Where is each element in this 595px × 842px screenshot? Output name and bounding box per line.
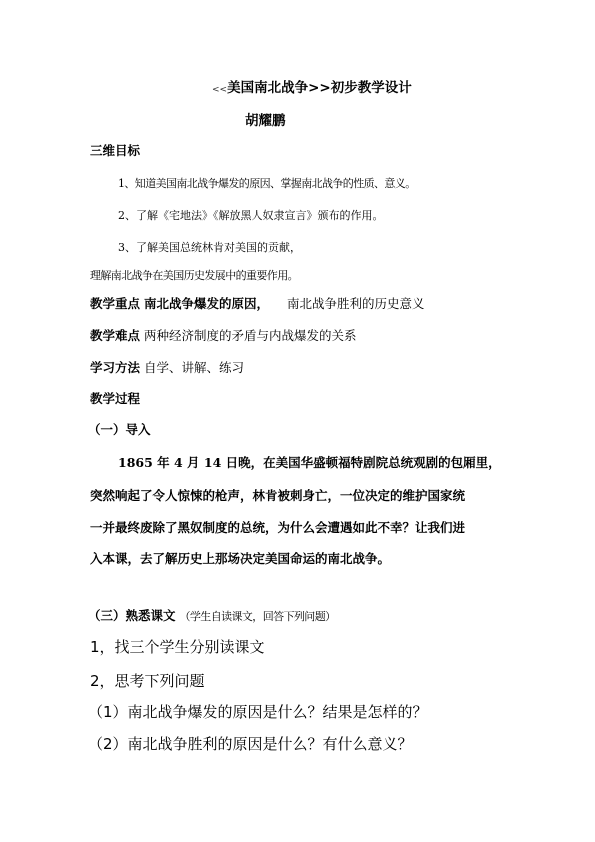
key-points-label: 教学重点 xyxy=(90,296,140,311)
key-points-value: 南北战争胜利的历史意义 xyxy=(287,296,425,311)
question-2: （2）南北战争胜利的原因是什么？有什么意义？ xyxy=(88,737,413,752)
section3-note: （学生自读课文，回答下列问题） xyxy=(180,610,336,623)
difficulties-value: 两种经济制度的矛盾与内战爆发的关系 xyxy=(144,328,357,343)
author-name: 胡耀鹏 xyxy=(245,115,286,129)
methods-row: 学习方法 自学、讲解、练习 xyxy=(90,362,244,375)
objectives-heading: 三维目标 xyxy=(90,145,140,158)
objective-item-1: 1、知道美国南北战争爆发的原因、掌握南北战争的性质、意义。 xyxy=(118,178,416,189)
intro-line-4: 入本课，去了解历史上那场决定美国命运的南北战争。 xyxy=(90,553,390,566)
question-1: （1）南北战争爆发的原因是什么？结果是怎样的？ xyxy=(88,705,428,720)
title-main: 美国南北战争>>初步教学设计 xyxy=(227,80,412,96)
section3-row: （三）熟悉课文 （学生自读课文，回答下列问题） xyxy=(88,610,336,623)
title-prefix: << xyxy=(212,85,227,95)
intro-line-1: 1865 年 4 月 14 日晚，在美国华盛顿福特剧院总统观剧的包厢里， xyxy=(118,457,501,470)
intro-line-2: 突然响起了令人惊悚的枪声，林肯被刺身亡，一位决定的维护国家统 xyxy=(90,490,465,503)
key-points-row: 教学重点 南北战争爆发的原因， 南北战争胜利的历史意义 xyxy=(90,298,425,311)
section3-heading: （三）熟悉课文 xyxy=(88,608,176,623)
step-2: 2，思考下列问题 xyxy=(90,674,205,689)
objective-item-2: 2、了解《宅地法》《解放黑人奴隶宣言》颁布的作用。 xyxy=(118,210,384,221)
intro-line-3: 一并最终废除了黑奴制度的总统，为什么会遭遇如此不幸？让我们进 xyxy=(90,522,465,535)
difficulties-row: 教学难点 两种经济制度的矛盾与内战爆发的关系 xyxy=(90,330,357,343)
document-title: <<美国南北战争>>初步教学设计 xyxy=(212,82,412,96)
methods-label: 学习方法 xyxy=(90,360,140,375)
process-heading: 教学过程 xyxy=(90,393,140,406)
methods-value: 自学、讲解、练习 xyxy=(144,360,244,375)
objective-item-3: 3、了解美国总统林肯对美国的贡献， xyxy=(118,242,301,253)
step-1: 1，找三个学生分别读课文 xyxy=(90,640,265,655)
objective-continuation: 理解南北战争在美国历史发展中的重要作用。 xyxy=(90,270,298,281)
key-points-bold-value: 南北战争爆发的原因， xyxy=(144,296,269,311)
difficulties-label: 教学难点 xyxy=(90,328,140,343)
intro-heading: （一）导入 xyxy=(88,424,151,437)
